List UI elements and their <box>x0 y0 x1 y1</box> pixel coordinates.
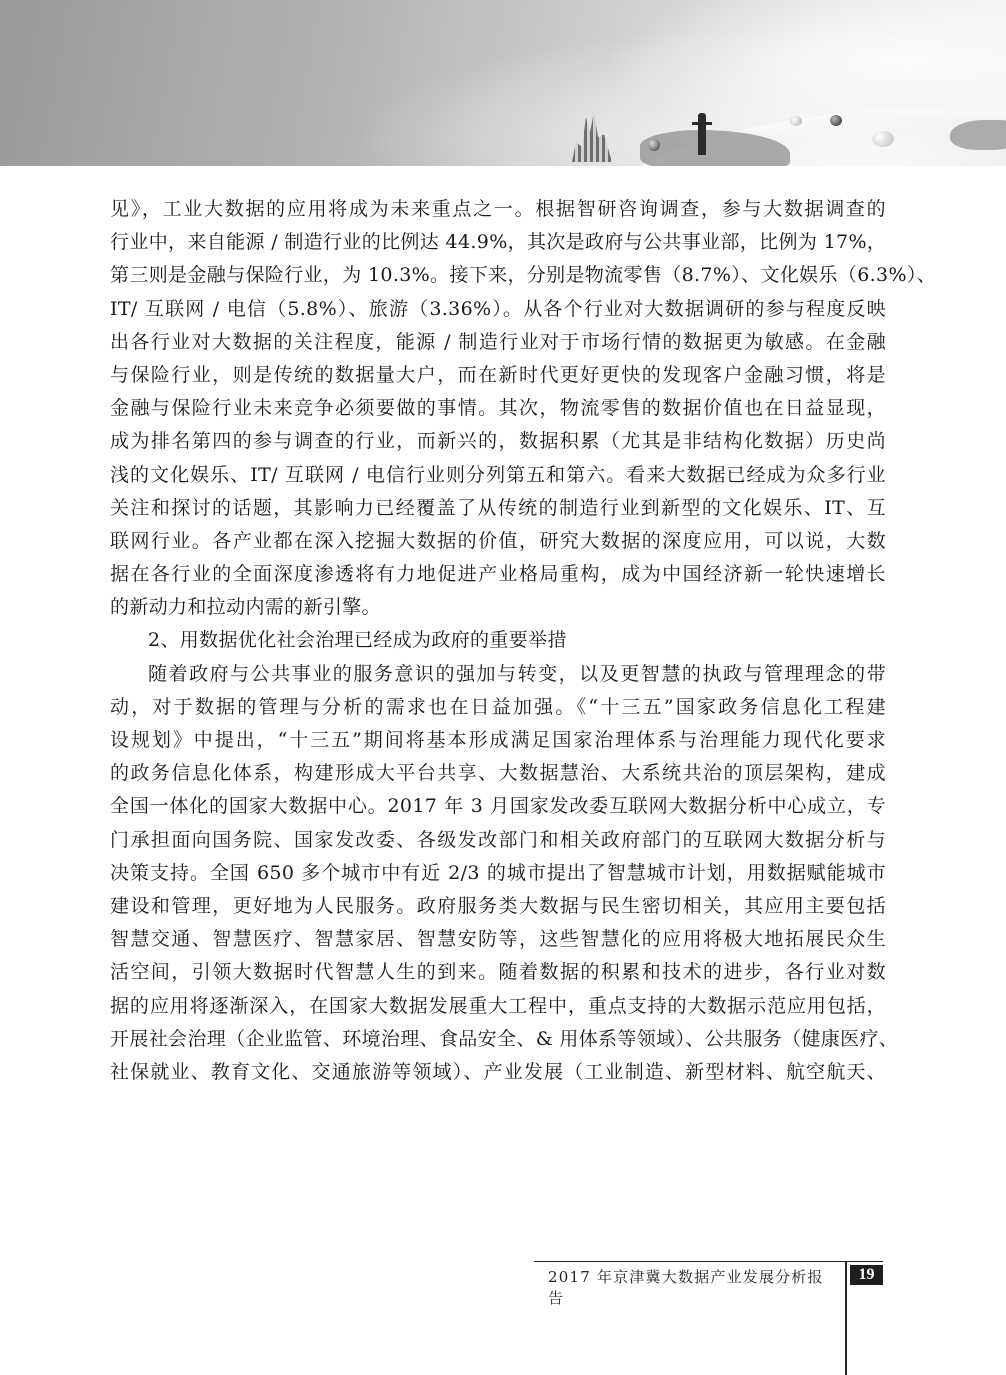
paragraph-line: 全国一体化的国家大数据中心。2017 年 3 月国家发改委互联网大数据分析中心成… <box>110 790 886 823</box>
paragraph-line: 行业中，来自能源 / 制造行业的比例达 44.9%，其次是政府与公共事业部，比例… <box>110 226 886 259</box>
orb-icon <box>830 115 842 126</box>
paragraph-line: 见》，工业大数据的应用将成为未来重点之一。根据智研咨询调查，参与大数据调查的 <box>110 193 886 226</box>
footer-vertical-divider <box>845 1261 847 1375</box>
report-title: 2017 年京津冀大数据产业发展分析报告 <box>548 1266 838 1308</box>
orb-icon <box>648 139 660 151</box>
header-banner-image <box>0 0 1006 166</box>
paragraph-line: 据在各行业的全面深度渗透将有力地促进产业格局重构，成为中国经济新一轮快速增长 <box>110 558 886 591</box>
paragraph-line: 据的应用将逐渐深入，在国家大数据发展重大工程中，重点支持的大数据示范应用包括， <box>110 990 886 1023</box>
footer-divider <box>534 1261 883 1262</box>
paragraph-line: 关注和探讨的话题，其影响力已经覆盖了从传统的制造行业到新型的文化娱乐、IT、互 <box>110 492 886 525</box>
paragraph-line: 智慧交通、智慧医疗、智慧家居、智慧安防等，这些智慧化的应用将极大地拓展民众生 <box>110 923 886 956</box>
paragraph-line: 开展社会治理（企业监管、环境治理、食品安全、& 用体系等领域）、公共服务（健康医… <box>110 1023 886 1056</box>
orb-icon <box>872 131 894 147</box>
paragraph-line: 的新动力和拉动内需的新引擎。 <box>110 591 886 624</box>
section-heading: 2、用数据优化社会治理已经成为政府的重要举措 <box>110 624 886 657</box>
paragraph-line: 建设和管理，更好地为人民服务。政府服务类大数据与民生密切相关，其应用主要包括 <box>110 890 886 923</box>
paragraph-line: 社保就业、教育文化、交通旅游等领域）、产业发展（工业制造、新型材料、航空航天、 <box>110 1056 886 1089</box>
continent-shape <box>950 120 1006 150</box>
paragraph-line: 设规划》中提出，“十三五”期间将基本形成满足国家治理体系与治理能力现代化要求 <box>110 724 886 757</box>
paragraph-line: 决策支持。全国 650 多个城市中有近 2/3 的城市提出了智慧城市计划，用数据… <box>110 857 886 890</box>
orb-icon <box>790 116 802 126</box>
paragraph-line: 门承担面向国务院、国家发改委、各级发改部门和相关政府部门的互联网大数据分析与 <box>110 824 886 857</box>
paragraph-line: 的政务信息化体系，构建形成大平台共享、大数据慧治、大系统共治的顶层架构，建成 <box>110 757 886 790</box>
body-text: 见》，工业大数据的应用将成为未来重点之一。根据智研咨询调查，参与大数据调查的 行… <box>110 193 886 1089</box>
paragraph-line: 联网行业。各产业都在深入挖掘大数据的价值，研究大数据的深度应用，可以说，大数 <box>110 525 886 558</box>
businessman-silhouette <box>698 113 706 155</box>
paragraph-line: 随着政府与公共事业的服务意识的强加与转变，以及更智慧的执政与管理理念的带 <box>110 658 886 691</box>
paragraph-line: 动，对于数据的管理与分析的需求也在日益加强。《“十三五”国家政务信息化工程建 <box>110 691 886 724</box>
paragraph-line: 浅的文化娱乐、IT/ 互联网 / 电信行业则分列第五和第六。看来大数据已经成为众… <box>110 459 886 492</box>
city-skyline-illustration <box>572 112 612 162</box>
paragraph-line: 活空间，引领大数据时代智慧人生的到来。随着数据的积累和技术的进步，各行业对数 <box>110 956 886 989</box>
paragraph-line: 与保险行业，则是传统的数据量大户，而在新时代更好更快的发现客户金融习惯，将是 <box>110 359 886 392</box>
paragraph-line: IT/ 互联网 / 电信（5.8%）、旅游（3.36%）。从各个行业对大数据调研… <box>110 293 886 326</box>
paragraph-line: 金融与保险行业未来竞争必须要做的事情。其次，物流零售的数据价值也在日益显现， <box>110 392 886 425</box>
paragraph-line: 第三则是金融与保险行业，为 10.3%。接下来，分别是物流零售（8.7%）、文化… <box>110 259 886 292</box>
paragraph-line: 出各行业对大数据的关注程度，能源 / 制造行业对于市场行情的数据更为敏感。在金融 <box>110 326 886 359</box>
paragraph-line: 成为排名第四的参与调查的行业，而新兴的，数据积累（尤其是非结构化数据）历史尚 <box>110 425 886 458</box>
page-number: 19 <box>850 1265 883 1285</box>
